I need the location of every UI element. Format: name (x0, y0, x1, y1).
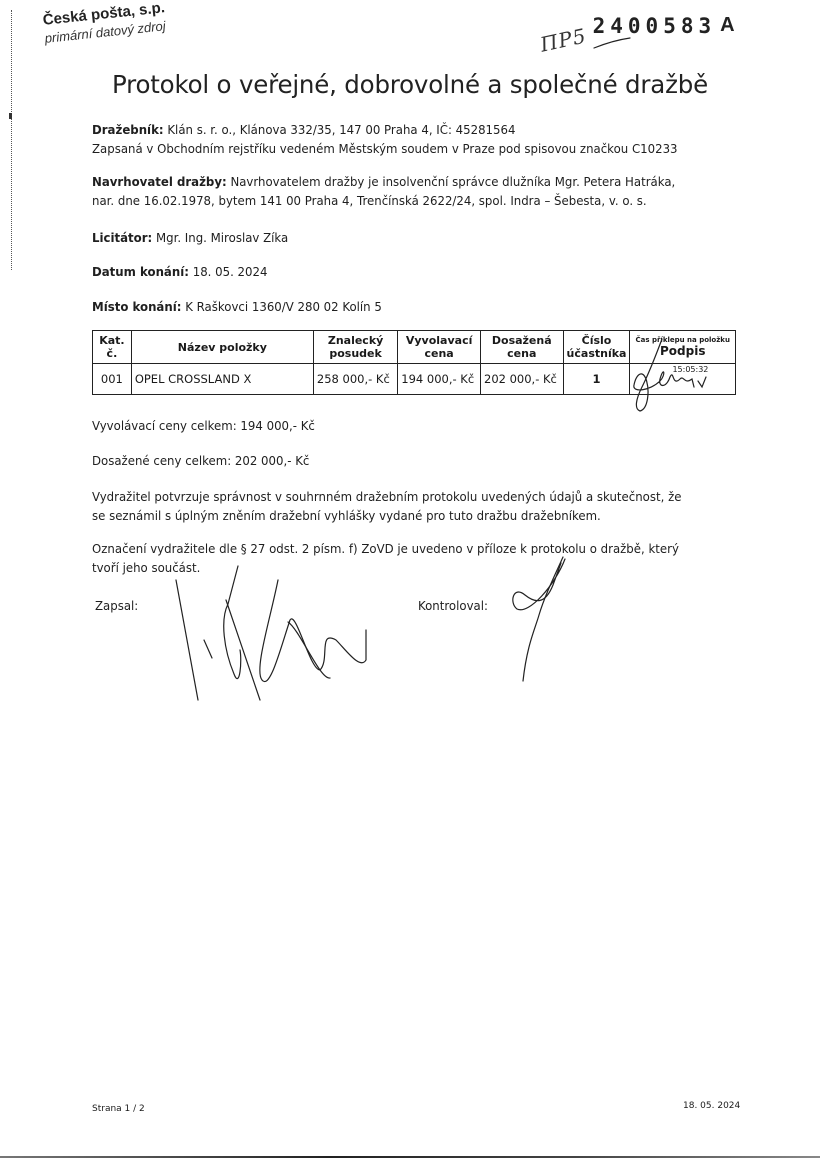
reference-number: ПР5 2400583 A (540, 14, 735, 52)
handwritten-reference: ПР5 (538, 23, 589, 56)
date-value: 18. 05. 2024 (193, 264, 268, 279)
proposer-line2: nar. dne 16.02.1978, bytem 141 00 Praha … (92, 191, 675, 210)
date-label: Datum konání: (92, 264, 189, 279)
scan-bottom-edge (0, 1156, 820, 1158)
document-title: Protokol o veřejné, dobrovolné a společn… (0, 70, 820, 99)
cell-reached-price: 202 000,- Kč (481, 364, 564, 395)
header-kat: Kat. č. (93, 331, 132, 364)
licitator-label: Licitátor: (92, 230, 152, 245)
place-value: K Raškovci 1360/V 280 02 Kolín 5 (185, 299, 382, 314)
date-section: Datum konání: 18. 05. 2024 (92, 262, 267, 281)
cell-start-price: 194 000,- Kč (398, 364, 481, 395)
auctioneer-label: Dražebník: (92, 122, 164, 137)
header-reached-price: Dosaženácena (481, 331, 564, 364)
proposer-line1: Navrhovatelem dražby je insolvenční sprá… (230, 174, 675, 189)
footer-date: 18. 05. 2024 (683, 1101, 740, 1111)
header-start-price: Vyvolavacícena (398, 331, 481, 364)
reference-arrow-icon (592, 36, 632, 50)
place-section: Místo konání: K Raškovci 1360/V 280 02 K… (92, 297, 382, 316)
auctioneer-section: Dražebník: Klán s. r. o., Klánova 332/35… (92, 120, 678, 158)
checked-by-label: Kontroloval: (418, 596, 488, 615)
auctioneer-registry: Zapsaná v Obchodním rejstříku vedeném Mě… (92, 139, 678, 158)
recorded-by-label: Zapsal: (95, 596, 138, 615)
postal-stamp: Česká pošta, s.p. primární datový zdroj (42, 0, 167, 46)
cell-kat: 001 (93, 364, 132, 395)
place-label: Místo konání: (92, 299, 181, 314)
scan-edge-line (11, 10, 13, 270)
total-start-price: Vyvolávací ceny celkem: 194 000,- Kč (92, 416, 315, 435)
licitator-section: Licitátor: Mgr. Ing. Miroslav Zíka (92, 228, 288, 247)
cell-expert: 258 000,- Kč (313, 364, 397, 395)
controller-signature-icon (505, 555, 575, 685)
scan-mark (9, 113, 12, 119)
proposer-label: Navrhovatel dražby: (92, 174, 227, 189)
licitator-value: Mgr. Ing. Miroslav Zíka (156, 230, 288, 245)
auctioneer-value: Klán s. r. o., Klánova 332/35, 147 00 Pr… (167, 122, 515, 137)
header-name: Název položky (131, 331, 313, 364)
cell-name: OPEL CROSSLAND X (131, 364, 313, 395)
header-expert: Znaleckýposudek (313, 331, 397, 364)
reference-id: 2400583 (593, 14, 717, 38)
recorder-signature-icon (170, 560, 390, 720)
page-number: Strana 1 / 2 (92, 1104, 145, 1114)
confirmation-statement: Vydražitel potvrzuje správnost v souhrnn… (92, 487, 681, 525)
total-reached-price: Dosažené ceny celkem: 202 000,- Kč (92, 451, 309, 470)
reference-suffix: A (720, 14, 734, 37)
proposer-section: Navrhovatel dražby: Navrhovatelem dražby… (92, 172, 675, 210)
bidder-signature-icon (620, 335, 730, 415)
